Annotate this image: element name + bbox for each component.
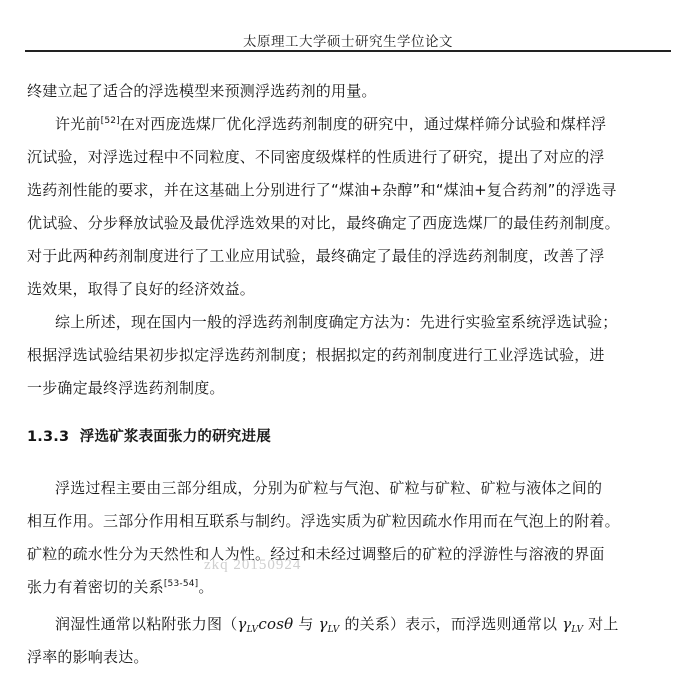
symbol: cosθ	[258, 615, 293, 633]
text-line: 矿粒的疏水性分为天然性和人为性。经过和未经过调整后的矿粒的浮游性与溶液的界面	[27, 543, 605, 564]
text-line: 根据浮选试验结果初步拟定浮选药剂制度；根据拟定的药剂制度进行工业浮选试验，进	[27, 344, 605, 365]
text-line: 选药剂性能的要求，并在这基础上分别进行了“煤油+杂醇”和“煤油+复合药剂”的浮选…	[27, 179, 616, 200]
text-line: 浮选过程主要由三部分组成，分别为矿粒与气泡、矿粒与矿粒、矿粒与液体之间的	[55, 477, 602, 498]
text: 许光前	[55, 115, 101, 133]
citation: [53-54]	[164, 579, 199, 589]
math-gamma-lv: γLV	[562, 615, 583, 633]
text: 与	[293, 615, 318, 633]
text: 的关系）表示，而浮选则通常以	[339, 615, 562, 633]
section-title: 浮选矿浆表面张力的研究进展	[80, 429, 271, 445]
math-gamma-lv-cos: γLVcosθ	[237, 615, 293, 633]
text: 。	[198, 578, 213, 596]
watermark: zkq 20150924	[204, 557, 301, 574]
citation: [52]	[101, 116, 120, 126]
section-number: 1.3.3	[27, 429, 69, 445]
running-header: 太原理工大学硕士研究生学位论文	[27, 30, 669, 50]
text-line: 沉试验，对浮选过程中不同粒度、不同密度级煤样的性质进行了研究，提出了对应的浮	[27, 146, 605, 167]
text-line: 选效果，取得了良好的经济效益。	[27, 278, 255, 299]
text: 在对西庞选煤厂优化浮选药剂制度的研究中，通过煤样筛分试验和煤样浮	[120, 115, 606, 133]
symbol: γ	[319, 615, 328, 633]
text: 对上	[583, 615, 618, 633]
text-line: 一步确定最终浮选药剂制度。	[27, 377, 225, 398]
text: 张力有着密切的关系	[27, 578, 164, 596]
text-line: 对于此两种药剂制度进行了工业应用试验，最终确定了最佳的浮选药剂制度，改善了浮	[27, 245, 605, 266]
text-line: 张力有着密切的关系[53-54]。	[27, 576, 214, 597]
header-rule	[25, 50, 671, 52]
symbol: γ	[237, 615, 246, 633]
text-line: 相互作用。三部分作用相互联系与制约。浮选实质为矿粒因疏水作用而在气泡上的附着。	[27, 510, 620, 531]
subscript: LV	[328, 625, 340, 635]
text-line: 综上所述，现在国内一般的浮选药剂制度确定方法为：先进行实验室系统浮选试验；	[55, 311, 617, 332]
subscript: LV	[571, 625, 583, 635]
subscript: LV	[247, 625, 259, 635]
text-line: 许光前[52]在对西庞选煤厂优化浮选药剂制度的研究中，通过煤样筛分试验和煤样浮	[55, 113, 606, 134]
text-line: 润湿性通常以粘附张力图（γLVcosθ 与 γLV 的关系）表示，而浮选则通常以…	[55, 613, 619, 635]
text: 润湿性通常以粘附张力图（	[55, 615, 237, 633]
text-line: 浮率的影响表达。	[27, 646, 149, 667]
section-heading: 1.3.3 浮选矿浆表面张力的研究进展	[27, 425, 271, 446]
text-line: 终建立起了适合的浮选模型来预测浮选药剂的用量。	[27, 80, 377, 101]
text-line: 优试验、分步释放试验及最优浮选效果的对比，最终确定了西庞选煤厂的最佳药剂制度。	[27, 212, 620, 233]
math-gamma-lv: γLV	[319, 615, 340, 633]
